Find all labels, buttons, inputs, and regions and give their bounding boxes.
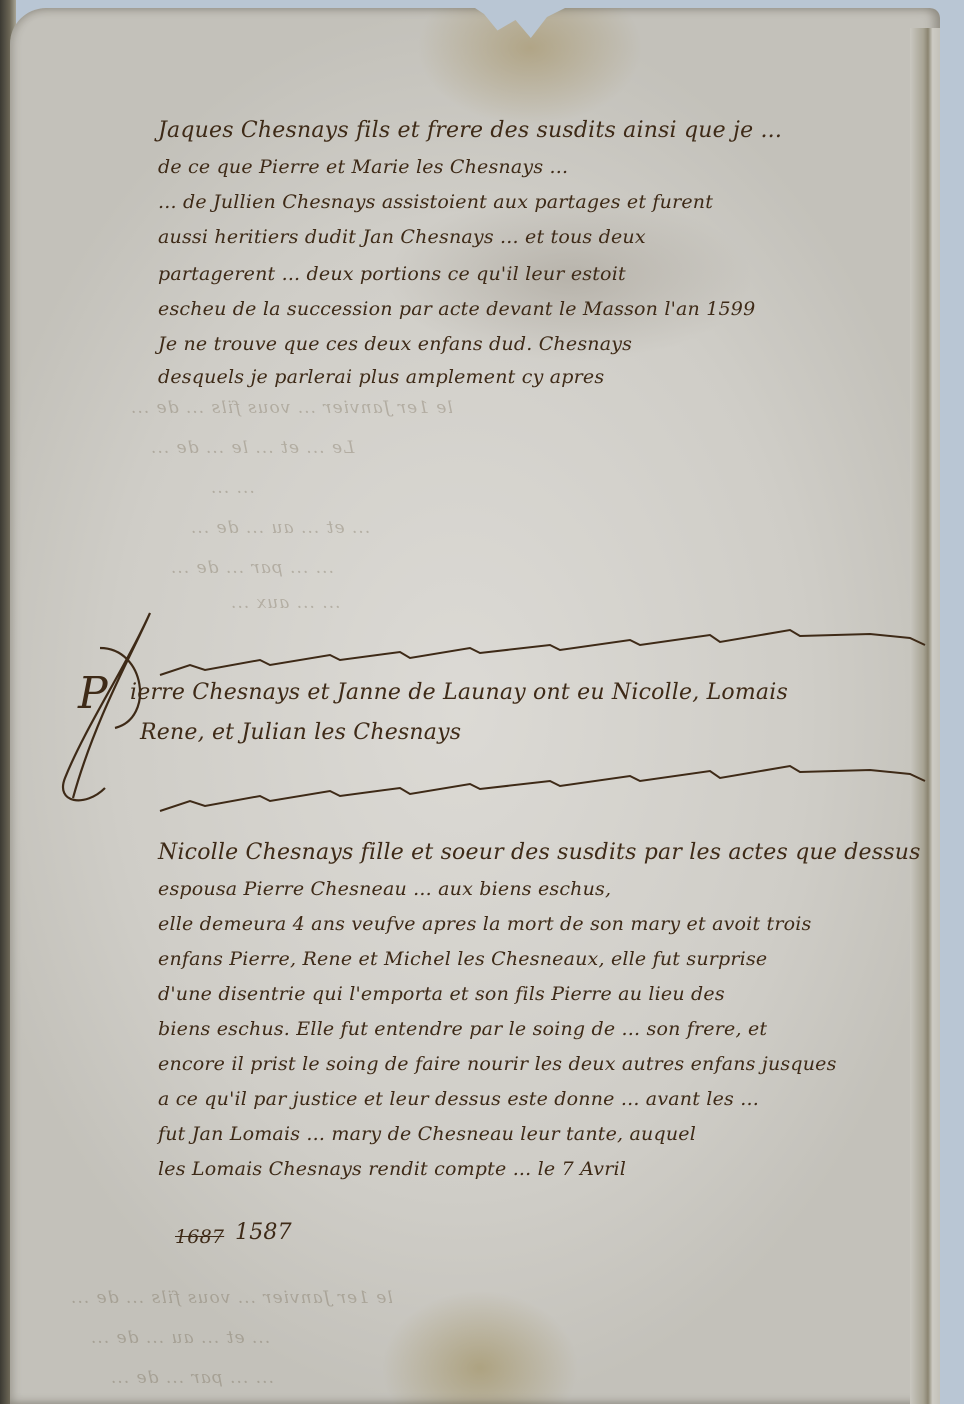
section-initial: P: [78, 668, 108, 719]
text-line: fut Jan Lomais ... mary de Chesneau leur…: [158, 1123, 696, 1145]
bleed-through-line: ... ...: [210, 478, 255, 498]
bleed-through-line: ... et ... au ... de ...: [90, 1328, 270, 1348]
text-line: a ce qu'il par justice et leur dessus es…: [158, 1088, 759, 1110]
bleed-through-line: le 1er Janvier ... vous fils ... de ...: [130, 398, 453, 418]
text-line: Nicolle Chesnays fille et soeur des susd…: [158, 840, 921, 865]
page-right-edge: [910, 28, 940, 1404]
text-line: biens eschus. Elle fut entendre par le s…: [158, 1018, 767, 1040]
bleed-through-line: Le ... et ... le ... de ...: [150, 438, 354, 458]
text-line: ... de Jullien Chesnays assistoient aux …: [158, 191, 713, 213]
text-line: partagerent ... deux portions ce qu'il l…: [158, 263, 626, 285]
text-line: desquels je parlerai plus amplement cy a…: [158, 366, 604, 388]
text-line: elle demeura 4 ans veufve apres la mort …: [158, 913, 812, 935]
bleed-through-line: le 1er Janvier ... vous fils ... de ...: [70, 1288, 393, 1308]
text-line: aussi heritiers dudit Jan Chesnays ... e…: [158, 226, 646, 248]
text-line: Je ne trouve que ces deux enfans dud. Ch…: [158, 333, 632, 355]
bleed-through-line: ... ... aux ...: [230, 593, 341, 613]
bleed-through-line: ... ... par ... de ...: [170, 558, 334, 578]
text-line: escheu de la succession par acte devant …: [158, 298, 755, 320]
text-line: de ce que Pierre et Marie les Chesnays .…: [158, 156, 568, 178]
section-heading-line: ierre Chesnays et Janne de Launay ont eu…: [130, 680, 788, 705]
struck-year: 1687: [175, 1226, 224, 1248]
torn-edge: [475, 8, 565, 38]
text-line: d'une disentrie qui l'emporta et son fil…: [158, 983, 725, 1005]
wavy-rule-bottom: [150, 756, 940, 816]
text-line: enfans Pierre, Rene et Michel les Chesne…: [158, 948, 767, 970]
text-line: Jaques Chesnays fils et frere des susdit…: [158, 118, 782, 143]
text-line: encore il prist le soing de faire nourir…: [158, 1053, 837, 1075]
text-line: espousa Pierre Chesneau ... aux biens es…: [158, 878, 611, 900]
text-line: les Lomais Chesnays rendit compte ... le…: [158, 1158, 626, 1180]
section-heading-line: Rene, et Julian les Chesnays: [140, 720, 461, 745]
wavy-rule-top: [150, 620, 940, 680]
bleed-through-line: ... ... par ... de ...: [110, 1368, 274, 1388]
manuscript-page: le 1er Janvier ... vous fils ... de ... …: [10, 8, 940, 1404]
bleed-through-line: ... et ... au ... de ...: [190, 518, 370, 538]
year: 1587: [235, 1220, 292, 1245]
